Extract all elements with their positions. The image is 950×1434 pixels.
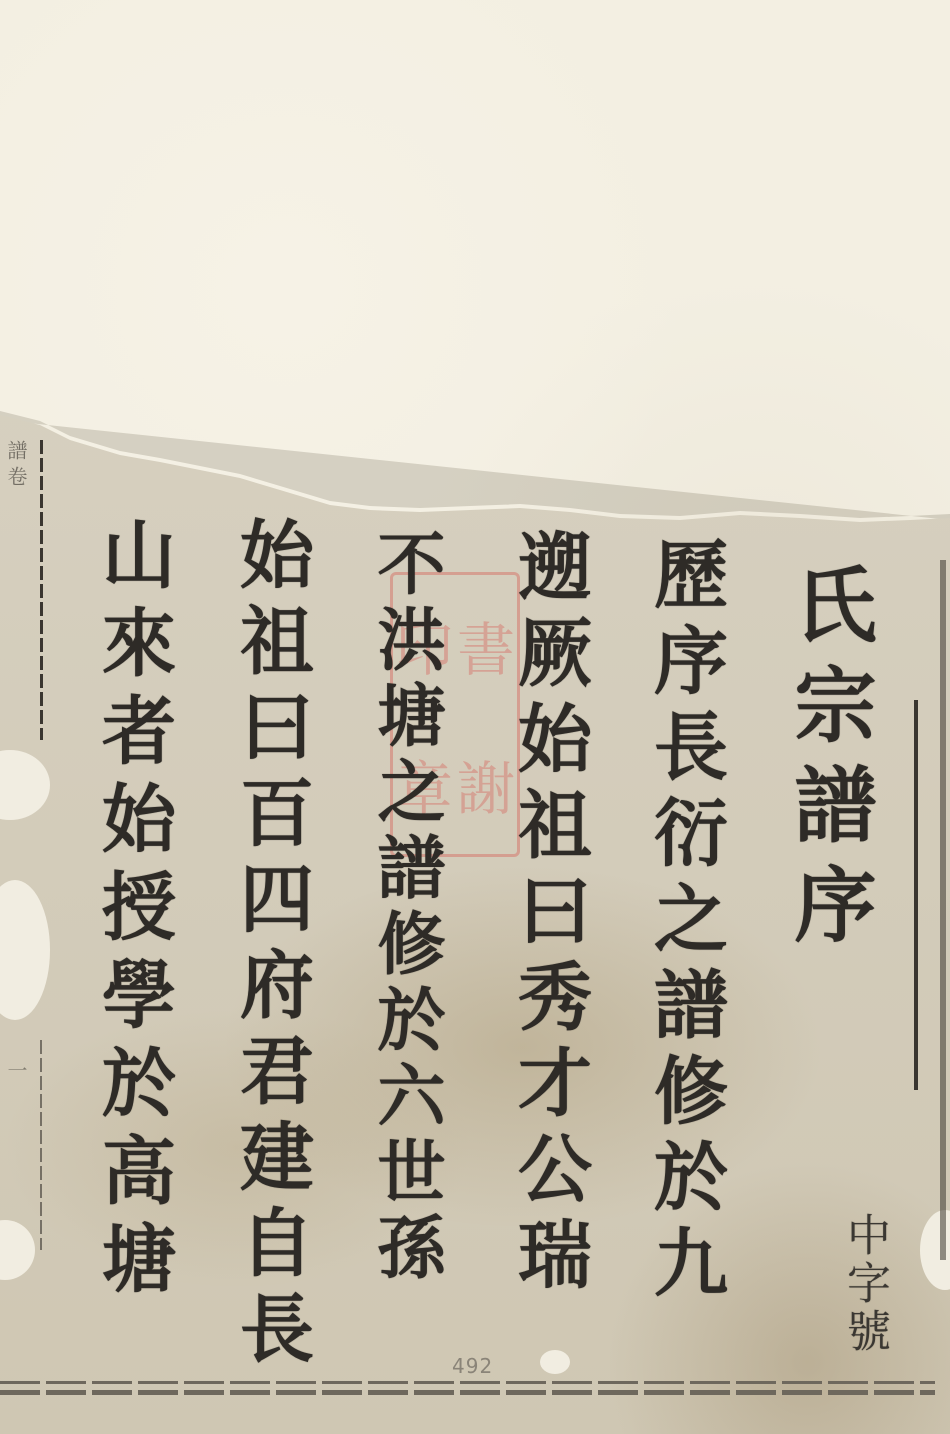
bottom-rule xyxy=(0,1390,935,1395)
text-column-4: 不洪塘之譜修於六世孫 xyxy=(372,528,440,1288)
water-stain xyxy=(540,1350,570,1374)
text-column-2: 歷序長衍之譜修於九 xyxy=(648,536,722,1310)
left-margin-fragment: 譜卷 xyxy=(2,440,31,492)
left-column-rule xyxy=(40,440,43,740)
text-column-3: 遡厥始祖曰秀才公瑞 xyxy=(512,528,586,1302)
side-label: 中字號 xyxy=(842,1212,886,1356)
text-column-5: 始祖曰百四府君建自長 xyxy=(234,516,308,1376)
right-inner-rule xyxy=(914,700,918,1090)
title-column: 氏宗譜序 xyxy=(788,562,870,962)
bottom-rule-top xyxy=(0,1381,935,1384)
page-number-mark: 492 xyxy=(452,1354,493,1378)
left-margin-fragment-lower: 一 xyxy=(2,1060,31,1086)
left-column-rule-lower xyxy=(40,1040,42,1250)
right-outer-edge xyxy=(940,560,946,1260)
text-column-6: 山來者始授學於高塘 xyxy=(96,516,170,1308)
